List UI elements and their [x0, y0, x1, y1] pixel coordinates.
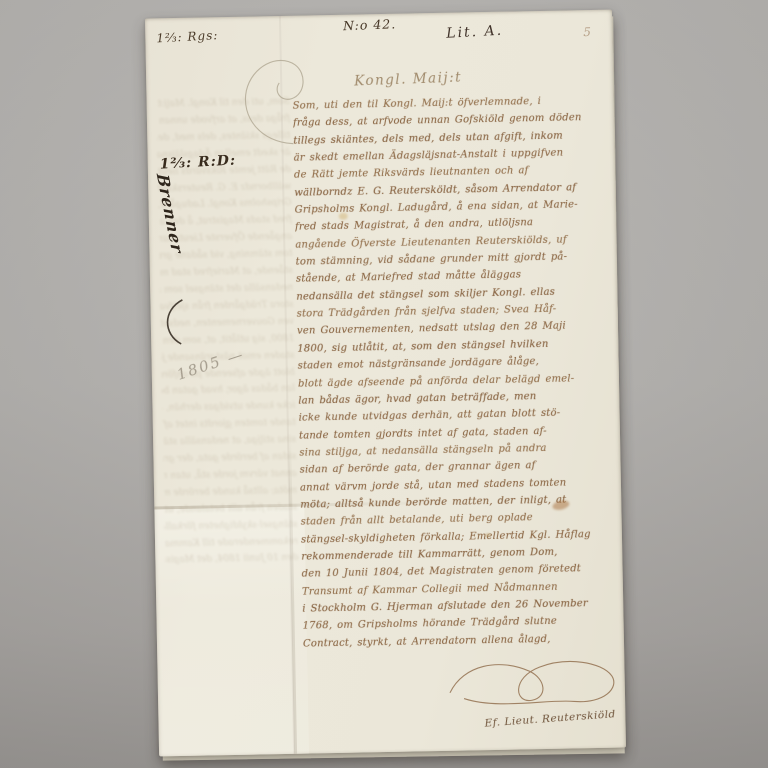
showthrough-line: stängsel-skyldigheten förkalla; Emellert…	[165, 516, 298, 535]
letter-body: Som, uti den til Kongl. Maij:t öfverlemn…	[293, 92, 622, 658]
showthrough-line: staden från allt betalande, uti berg opl…	[164, 499, 297, 518]
letter-heading: Kongl. Maij:t	[354, 70, 462, 90]
showthrough-line: den 10 Junii 1804, det Magistraten genom…	[165, 550, 298, 566]
paper-sheet: Som, uti den til Kongl. Maij:t öfverlemn…	[145, 10, 626, 757]
fee-annotation-top: 1⅔: Rgs:	[156, 28, 219, 45]
document-number: N:o 42.	[343, 16, 397, 33]
corner-mark: 5	[583, 25, 591, 39]
signature-flourish	[445, 647, 626, 715]
signature-bracket-flourish	[150, 296, 193, 351]
lit-annotation: Lit. A.	[446, 23, 504, 42]
